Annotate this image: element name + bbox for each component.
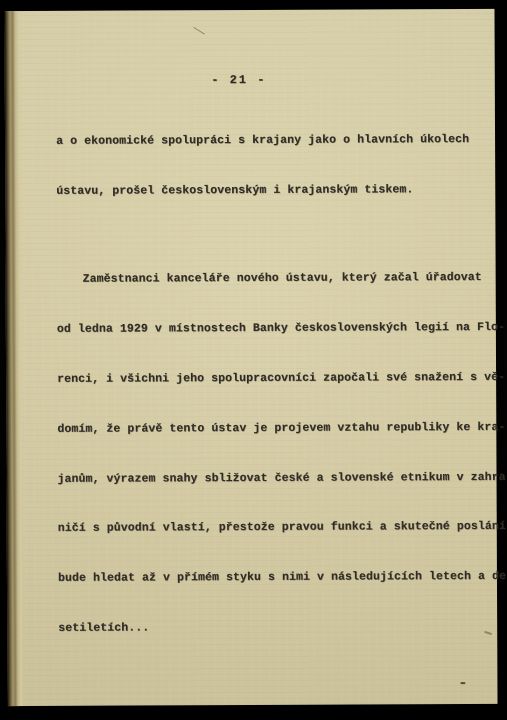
text-line: Zaměstnanci kanceláře nového ústavu, kte…	[57, 270, 477, 288]
page-number: - 21 -	[0, 72, 484, 88]
paragraph-1: a o ekonomické spolupráci s krajany jako…	[56, 99, 477, 234]
text-line: od ledna 1929 v místnostech Banky českos…	[57, 320, 477, 338]
text-line: domím, že právě tento ústav je projevem …	[57, 420, 477, 438]
ink-speck	[460, 682, 465, 684]
text-line: bude hledat až v přímém styku s nimi v n…	[58, 569, 478, 587]
paper-speck	[484, 631, 492, 635]
text-line: a o ekonomické spolupráci s krajany jako…	[56, 132, 476, 150]
page-body-text: a o ekonomické spolupráci s krajany jako…	[56, 99, 478, 671]
text-line: setiletích...	[58, 619, 478, 637]
text-line: ústavu, prošel československým i krajans…	[56, 182, 476, 200]
document-page: - 21 - a o ekonomické spolupráci s kraja…	[4, 9, 497, 706]
text-line: ničí s původní vlastí, přestože pravou f…	[58, 519, 478, 537]
page-left-edge	[4, 11, 23, 706]
text-line: renci, i všichni jeho spolupracovníci za…	[57, 370, 477, 388]
paragraph-2: Zaměstnanci kanceláře nového ústavu, kte…	[56, 237, 478, 670]
text-line: janům, výrazem snahy sbližovat české a s…	[57, 470, 477, 488]
scratch-mark	[193, 27, 205, 35]
